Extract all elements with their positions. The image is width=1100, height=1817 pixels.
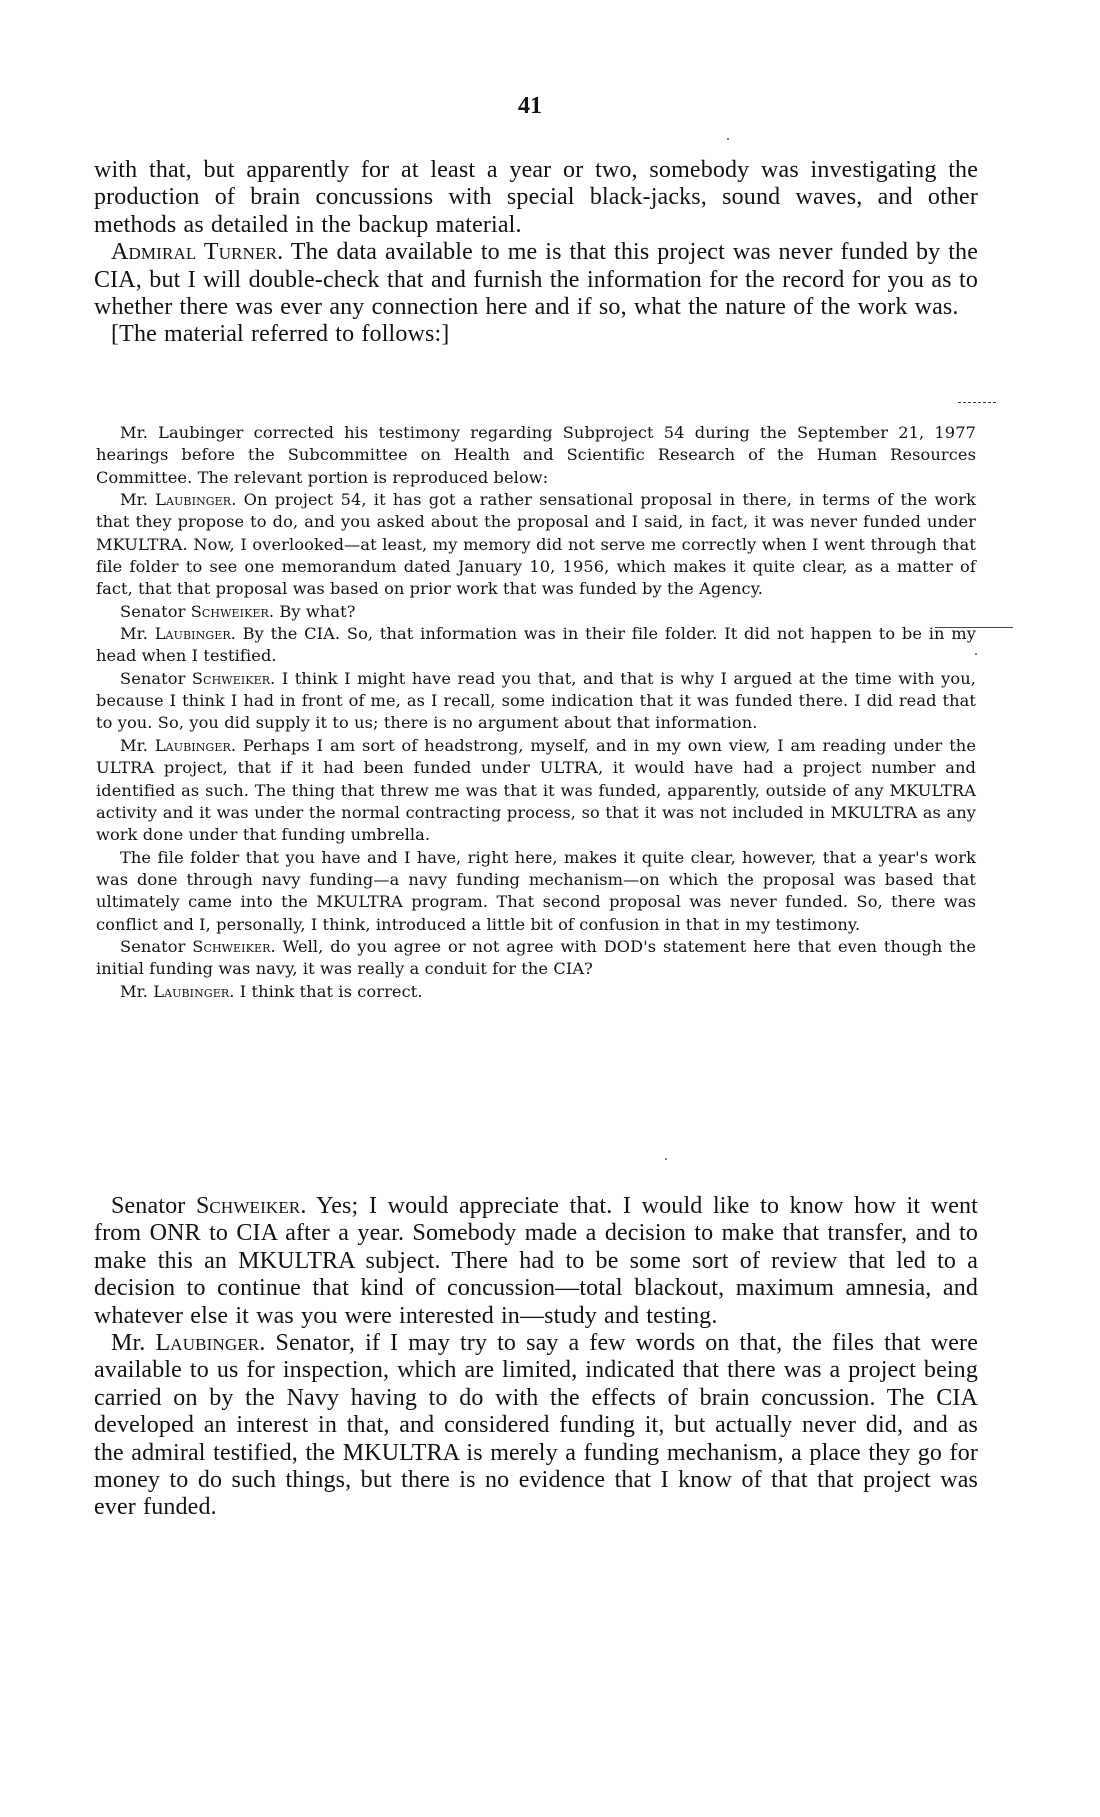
speaker-title: Senator [120, 937, 192, 956]
speaker-name: Laubinger. [155, 490, 236, 509]
testimony-block-top: with that, but apparently for at least a… [94, 157, 978, 349]
speaker-text: The file folder that you have and I have… [96, 848, 976, 934]
speaker-name: Schweiker. [196, 1193, 307, 1219]
speaker-name: Schweiker. [191, 602, 274, 621]
speaker-title: Senator [111, 1193, 196, 1219]
exchange-paragraph: Mr. Laubinger. By the CIA. So, that info… [96, 623, 976, 668]
schweiker-paragraph: Senator Schweiker. Yes; I would apprecia… [94, 1193, 978, 1330]
testimony-block-bottom: Senator Schweiker. Yes; I would apprecia… [94, 1193, 978, 1522]
speaker-name: Laubinger. [155, 1330, 265, 1356]
speaker-title: Mr. [120, 490, 155, 509]
exchange-paragraph: Mr. Laubinger. On project 54, it has got… [96, 489, 976, 601]
speaker-text: I think that is correct. [235, 982, 423, 1001]
speaker-title: Senator [120, 669, 192, 688]
continued-paragraph: with that, but apparently for at least a… [94, 157, 978, 239]
strike-through-mark [935, 627, 1013, 628]
exchange-paragraph: The file folder that you have and I have… [96, 847, 976, 936]
speaker-name: Schweiker. [192, 937, 275, 956]
page-number: 41 [0, 92, 1060, 120]
speaker-title: Mr. [111, 1330, 155, 1356]
inserted-material: Mr. Laubinger corrected his testimony re… [96, 422, 976, 1003]
scan-speck [727, 138, 729, 140]
speaker-name: Laubinger. [155, 736, 236, 755]
exchange-paragraph: Senator Schweiker. I think I might have … [96, 668, 976, 735]
speaker-title: Senator [120, 602, 191, 621]
scan-speck [975, 653, 977, 655]
document-page: 41 with that, but apparently for at leas… [0, 0, 1100, 1817]
scan-speck [665, 1158, 667, 1160]
exchange-paragraph: Senator Schweiker. Well, do you agree or… [96, 936, 976, 981]
speaker-text: Senator, if I may try to say a few words… [94, 1330, 978, 1520]
speaker-text: By what? [274, 602, 355, 621]
editorial-note: [The material referred to follows:] [94, 321, 978, 348]
speaker-title: Mr. [120, 736, 155, 755]
speaker-name: Laubinger. [153, 982, 234, 1001]
exchange-paragraph: Mr. Laubinger. Perhaps I am sort of head… [96, 735, 976, 847]
speaker-title: Mr. [120, 982, 153, 1001]
exchange-paragraph: Mr. Laubinger. I think that is correct. [96, 981, 976, 1003]
exchange-list: Mr. Laubinger. On project 54, it has got… [96, 489, 976, 1003]
laubinger-paragraph: Mr. Laubinger. Senator, if I may try to … [94, 1330, 978, 1522]
speaker-name: Laubinger. [155, 624, 236, 643]
margin-dash-mark [958, 402, 996, 403]
exchange-paragraph: Senator Schweiker. By what? [96, 601, 976, 623]
speaker-title: Mr. [120, 624, 155, 643]
speaker-name: Schweiker. [192, 669, 275, 688]
speaker-name: Admiral Turner. [111, 239, 283, 265]
turner-paragraph: Admiral Turner. The data available to me… [94, 239, 978, 321]
inserted-intro: Mr. Laubinger corrected his testimony re… [96, 422, 976, 489]
